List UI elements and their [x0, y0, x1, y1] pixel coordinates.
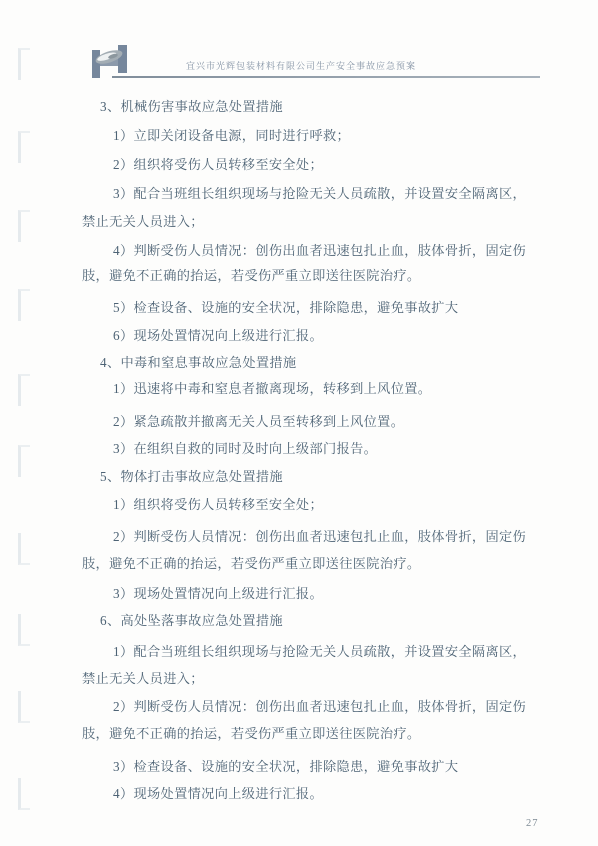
list-item: 2）紧急疏散并撤离无关人员至转移到上风位置。 — [113, 414, 404, 430]
list-item-continuation: 禁止无关人员进入； — [82, 214, 204, 230]
list-item-continuation: 禁止无关人员进入； — [82, 671, 204, 687]
binding-mark — [18, 210, 30, 242]
company-logo — [91, 44, 129, 79]
list-item: 2）判断受伤人员情况：创伤出血者迅速包扎止血，肢体骨折，固定伤 — [113, 699, 526, 715]
list-item: 1）配合当班组长组织现场与抢险无关人员疏散，并设置安全隔离区， — [113, 644, 526, 660]
list-item: 1）立即关闭设备电源，同时进行呼救； — [113, 128, 350, 144]
binding-mark — [18, 614, 30, 646]
section-heading: 6、高处坠落事故应急处置措施 — [100, 613, 283, 629]
list-item-continuation: 肢，避免不正确的抬运，若受伤严重立即送往医院治疗。 — [82, 726, 420, 742]
list-item-continuation: 肢，避免不正确的抬运，若受伤严重立即送往医院治疗。 — [82, 556, 420, 572]
section-heading: 3、机械伤害事故应急处置措施 — [100, 99, 283, 115]
list-item: 1）组织将受伤人员转移至安全处； — [113, 497, 323, 513]
list-item: 1）迅速将中毒和窒息者撤离现场，转移到上风位置。 — [113, 381, 431, 397]
list-item: 3）现场处置情况向上级进行汇报。 — [113, 586, 323, 602]
list-item: 6）现场处置情况向上级进行汇报。 — [113, 328, 323, 344]
binding-mark — [18, 131, 30, 163]
binding-mark — [18, 48, 30, 80]
list-item: 5）检查设备、设施的安全状况，排除隐患，避免事故扩大 — [113, 300, 458, 316]
list-item: 2）判断受伤人员情况：创伤出血者迅速包扎止血，肢体骨折，固定伤 — [113, 529, 526, 545]
scanned-document-page: 宜兴市光辉包装材料有限公司生产安全事故应急预案 3、机械伤害事故应急处置措施 1… — [0, 0, 598, 846]
header-divider — [112, 76, 540, 78]
list-item: 4）判断受伤人员情况：创伤出血者迅速包扎止血，肢体骨折，固定伤 — [113, 243, 526, 259]
binding-mark — [18, 691, 30, 723]
binding-mark — [18, 374, 30, 406]
document-header-title: 宜兴市光辉包装材料有限公司生产安全事故应急预案 — [186, 59, 416, 72]
list-item: 3）配合当班组长组织现场与抢险无关人员疏散，并设置安全隔离区， — [113, 186, 526, 202]
list-item: 4）现场处置情况向上级进行汇报。 — [113, 786, 323, 802]
list-item: 3）检查设备、设施的安全状况，排除隐患，避免事故扩大 — [113, 759, 458, 775]
list-item-continuation: 肢，避免不正确的抬运，若受伤严重立即送往医院治疗。 — [82, 268, 420, 284]
list-item: 3）在组织自救的同时及时向上级部门报告。 — [113, 441, 377, 457]
binding-mark — [18, 533, 30, 565]
section-heading: 4、中毒和窒息事故应急处置措施 — [100, 355, 296, 371]
binding-mark — [18, 445, 30, 477]
binding-mark — [18, 778, 30, 810]
binding-mark — [18, 289, 30, 321]
section-heading: 5、物体打击事故应急处置措施 — [100, 469, 283, 485]
page-number: 27 — [526, 818, 539, 829]
list-item: 2）组织将受伤人员转移至安全处； — [113, 157, 323, 173]
